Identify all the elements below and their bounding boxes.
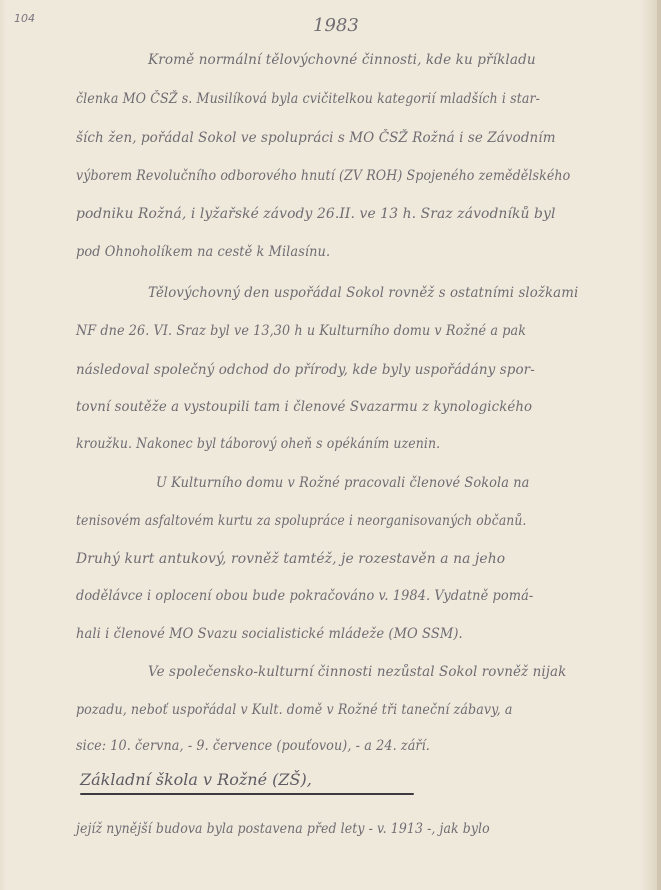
text-line: pozadu, neboť uspořádal v Kult. domě v R…: [76, 702, 512, 718]
year-heading: 1983: [313, 15, 359, 36]
text-line: NF dne 26. VI. Sraz byl ve 13,30 h u Kul…: [76, 323, 526, 339]
text-line: Ve společensko-kulturní činnosti nezůsta…: [148, 664, 566, 680]
text-line: tenisovém asfaltovém kurtu za spolupráce…: [76, 513, 526, 529]
text-line: ších žen, pořádal Sokol ve spolupráci s …: [76, 130, 556, 146]
text-line: pod Ohnoholíkem na cestě k Milasínu.: [76, 244, 330, 260]
text-line: výborem Revolučního odborového hnutí (ZV…: [76, 168, 570, 184]
text-line: Druhý kurt antukový, rovněž tamtéž, je r…: [76, 551, 505, 567]
text-line: členka MO ČSŽ s. Musilíková byla cvičite…: [76, 91, 540, 107]
text-line: Tělovýchovný den uspořádal Sokol rovněž …: [148, 285, 578, 301]
text-line: Kromě normální tělovýchovné činnosti, kd…: [148, 52, 536, 68]
page-number: 104: [14, 12, 35, 25]
text-line: tovní soutěže a vystoupili tam i členové…: [76, 399, 532, 415]
text-line: sice: 10. června, - 9. července (pouťovo…: [76, 738, 430, 754]
section-heading: Základní škola v Rožné (ZŠ),: [80, 770, 312, 789]
heading-underline: [80, 793, 414, 795]
text-line: kroužku. Nakonec byl táborový oheň s opé…: [76, 436, 440, 452]
text-line: hali i členové MO Svazu socialistické ml…: [76, 626, 463, 642]
text-line: podniku Rožná, i lyžařské závody 26.II. …: [76, 206, 556, 222]
text-line: jejíž nynější budova byla postavena před…: [76, 821, 490, 837]
text-line: následoval společný odchod do přírody, k…: [76, 362, 535, 378]
chronicle-page: 104 1983 Kromě normální tělovýchovné čin…: [0, 0, 661, 890]
text-line: U Kulturního domu v Rožné pracovali člen…: [156, 475, 529, 491]
text-line: dodělávce i oplocení obou bude pokračová…: [76, 588, 533, 604]
